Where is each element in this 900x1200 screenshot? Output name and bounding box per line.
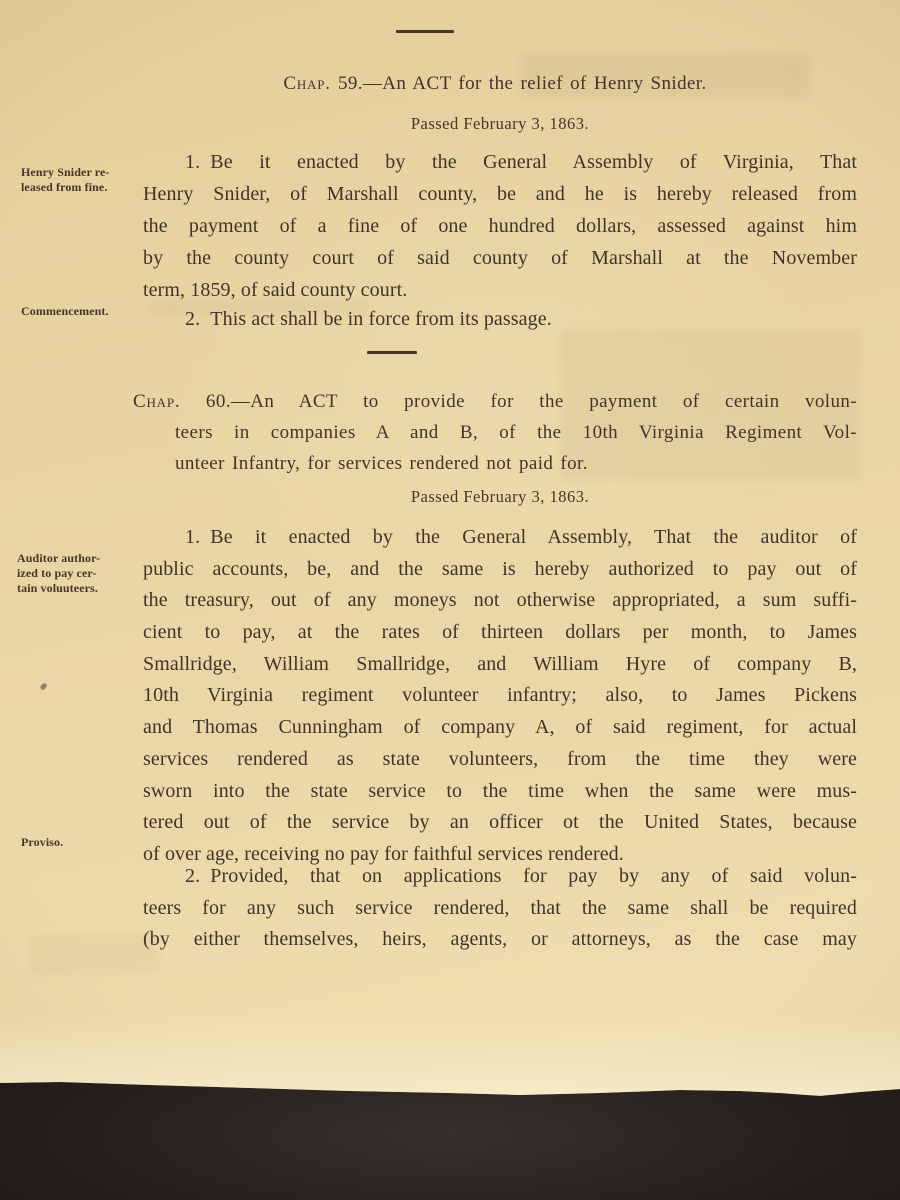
body-line: term, 1859, of said county court. xyxy=(143,274,857,306)
body-line: Smallridge, William Smallridge, and Will… xyxy=(143,649,857,681)
body-line: teers for any such service rendered, tha… xyxy=(143,893,857,925)
chapter-label: Chap. xyxy=(283,73,330,94)
margin-note-line: ized to pay cer- xyxy=(17,566,137,581)
chapter-59-heading: Chap. 59.—An ACT for the relief of Henry… xyxy=(133,70,857,98)
chapter-60-heading: Chap. 60.—An ACT to provide for the paym… xyxy=(133,386,857,479)
body-line: (by either themselves, heirs, agents, or… xyxy=(143,924,857,956)
chapter-60-passed-date: Passed February 3, 1863. xyxy=(143,484,857,510)
chapter-59-passed-date: Passed February 3, 1863. xyxy=(143,111,857,137)
body-line: 2. Provided, that on applications for pa… xyxy=(143,861,857,893)
chapter-60-title: 60.—An ACT to provide for the payment of… xyxy=(180,391,857,412)
margin-note-line: tain voluuteers. xyxy=(17,581,137,596)
margin-note-line: Henry Snider re- xyxy=(21,165,141,180)
body-line: tered out of the service by an officer o… xyxy=(143,807,857,839)
body-line: 10th Virginia regiment volunteer infantr… xyxy=(143,680,857,712)
heading-line: teers in companies A and B, of the 10th … xyxy=(133,417,857,448)
body-line: public accounts, be, and the same is her… xyxy=(143,554,857,586)
body-line: and Thomas Cunningham of company A, of s… xyxy=(143,712,857,744)
margin-note-line: Commencement. xyxy=(21,304,141,319)
margin-note-line: Auditor author- xyxy=(17,551,137,566)
chapter-60-section-2: 2. Provided, that on applications for pa… xyxy=(143,861,857,956)
body-line: 2. This act shall be in force from its p… xyxy=(143,303,857,335)
chapter-59-section-1: 1. Be it enacted by the General Assembly… xyxy=(143,146,857,306)
heading-line: Chap. 60.—An ACT to provide for the paym… xyxy=(133,386,857,417)
body-line: Henry Snider, of Marshall county, be and… xyxy=(143,178,857,210)
body-line: the payment of a fine of one hundred dol… xyxy=(143,210,857,242)
show-through-smudge xyxy=(30,935,160,975)
body-line: 1. Be it enacted by the General Assembly… xyxy=(143,522,857,554)
chapter-60-section-1: 1. Be it enacted by the General Assembly… xyxy=(143,522,857,871)
chapter-label: Chap. xyxy=(133,391,180,412)
margin-note-proviso: Proviso. xyxy=(21,835,141,850)
heading-line: unteer Infantry, for services rendered n… xyxy=(133,448,857,479)
chapter-59-section-2: 2. This act shall be in force from its p… xyxy=(143,303,857,335)
book-photo: Chap. 59.—An ACT for the relief of Henry… xyxy=(0,0,900,1200)
body-line: the treasury, out of any moneys not othe… xyxy=(143,585,857,617)
book-page: Chap. 59.—An ACT for the relief of Henry… xyxy=(0,0,900,1200)
margin-note-auditor: Auditor author- ized to pay cer- tain vo… xyxy=(17,551,137,596)
body-line: cient to pay, at the rates of thirteen d… xyxy=(143,617,857,649)
margin-note-henry-snider: Henry Snider re- leased from fine. xyxy=(21,165,141,195)
section-divider-rule xyxy=(396,30,454,33)
body-line: 1. Be it enacted by the General Assembly… xyxy=(143,146,857,178)
ink-speck xyxy=(39,682,47,691)
body-line: by the county court of said county of Ma… xyxy=(143,242,857,274)
body-line: sworn into the state service to the time… xyxy=(143,776,857,808)
section-divider-rule xyxy=(367,351,417,354)
chapter-59-title: 59.—An ACT for the relief of Henry Snide… xyxy=(331,73,707,94)
margin-note-line: leased from fine. xyxy=(21,180,141,195)
body-line: services rendered as state volunteers, f… xyxy=(143,744,857,776)
margin-note-commencement: Commencement. xyxy=(21,304,141,319)
margin-note-line: Proviso. xyxy=(21,835,141,850)
